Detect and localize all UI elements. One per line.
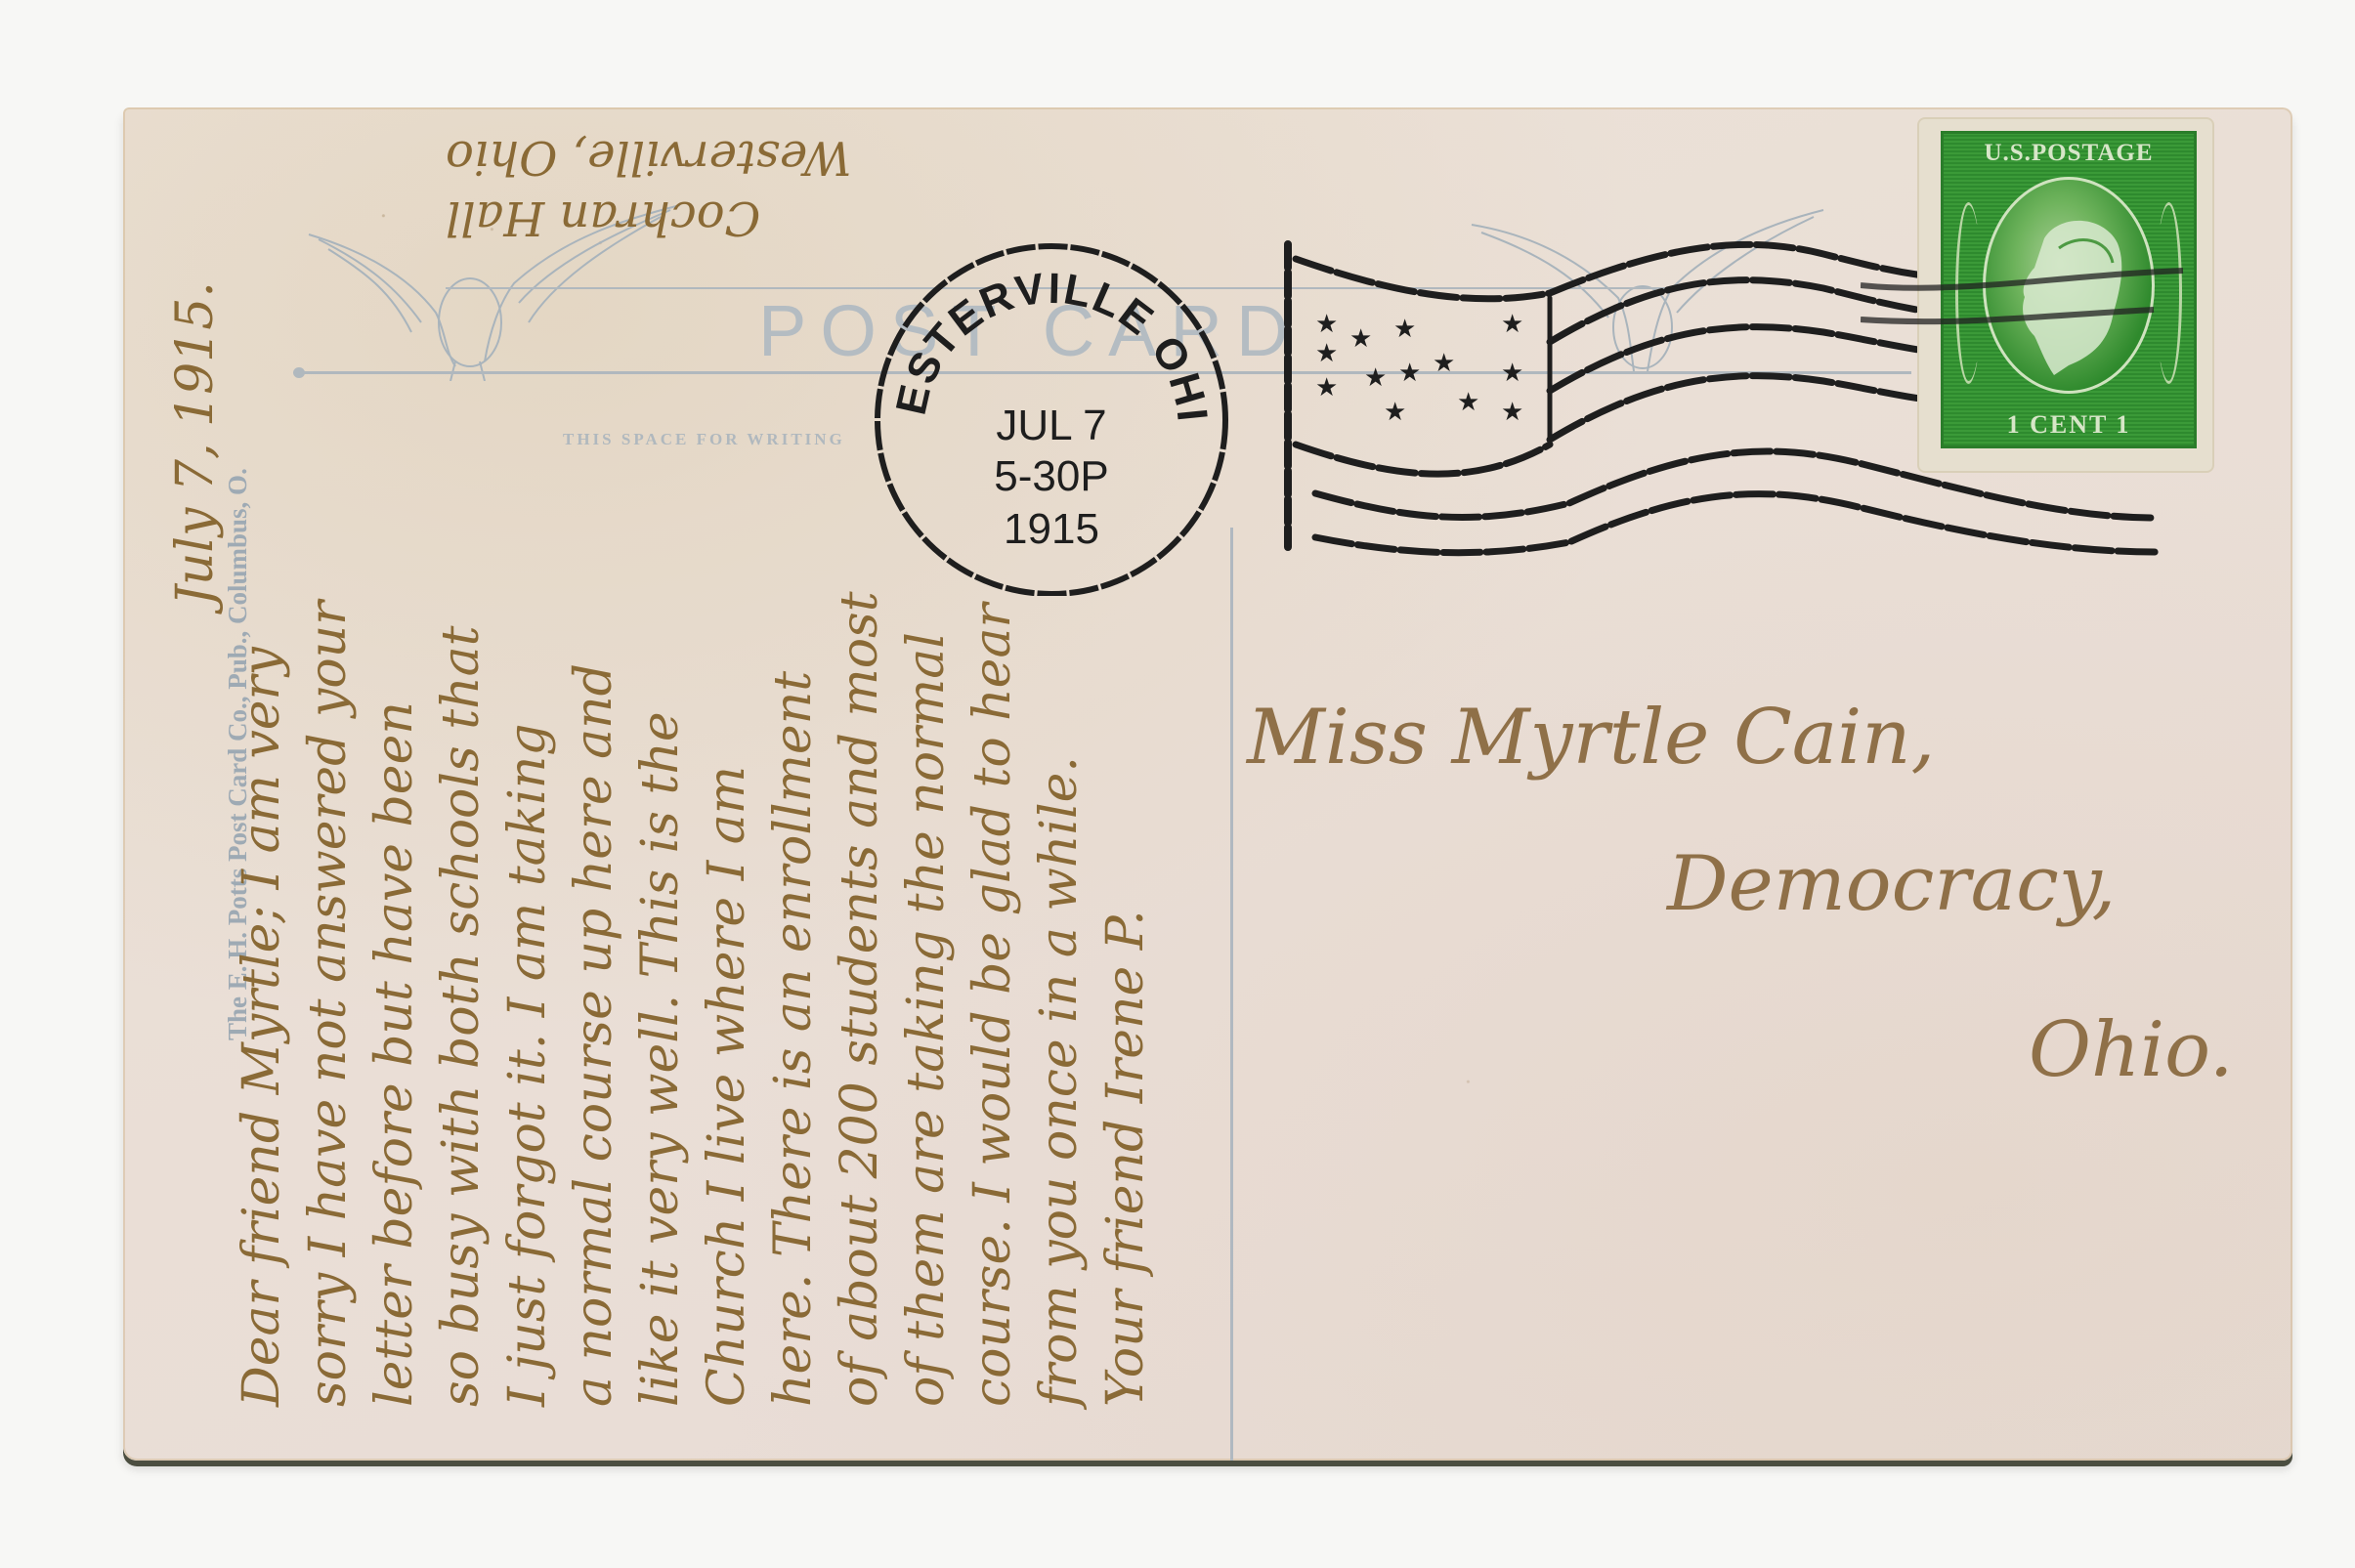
message-date: July 7, 1915. — [162, 225, 229, 1407]
postage-stamp: U.S.POSTAGE 1 CENT 1 — [1919, 119, 2212, 471]
message-line: Church I live where I am — [694, 225, 760, 1407]
message-line: a normal course up here and — [561, 225, 627, 1407]
message-line: here. There is an enrollment — [760, 225, 827, 1407]
return-address-line: Westerville, Ohio — [446, 127, 993, 188]
svg-text:★: ★ — [1315, 310, 1338, 339]
postmark-year: 1915 — [1004, 505, 1099, 553]
postmark-time: 5-30P — [994, 452, 1108, 500]
recipient-state: Ohio. — [2029, 1006, 2234, 1094]
postmark-icon: WESTERVILLE OHIO JUL 7 5-30P 1915 — [866, 225, 1237, 596]
svg-text:★: ★ — [1364, 363, 1387, 393]
svg-text:★: ★ — [1501, 359, 1523, 388]
svg-text:★: ★ — [1384, 398, 1406, 427]
message-line: like it very well. This is the — [627, 225, 694, 1407]
svg-text:★: ★ — [1398, 359, 1421, 388]
recipient-town: Democracy, — [1667, 840, 2116, 928]
svg-text:★: ★ — [1315, 373, 1338, 403]
svg-text:★: ★ — [1433, 349, 1455, 378]
recipient-name: Miss Myrtle Cain, — [1247, 694, 1935, 782]
svg-text:★: ★ — [1393, 315, 1416, 344]
message-line: letter before but have been — [362, 225, 428, 1407]
message-line: so busy with both schools that — [428, 225, 494, 1407]
cancel-bars-icon — [1861, 266, 2193, 344]
message-line: Dear friend Myrtle; I am very — [229, 225, 295, 1407]
stamp-denomination: 1 CENT 1 — [1944, 410, 2194, 440]
postmark-town: WESTERVILLE OHIO — [866, 225, 1217, 425]
postmark-date: JUL 7 — [996, 402, 1106, 449]
address-divider — [1230, 528, 1233, 1461]
postcard: POST CARD THIS SPACE FOR WRITING The E. … — [123, 107, 2292, 1461]
svg-text:★: ★ — [1457, 388, 1479, 417]
svg-text:★: ★ — [1315, 339, 1338, 368]
svg-text:★: ★ — [1501, 310, 1523, 339]
svg-text:★: ★ — [1349, 324, 1372, 354]
message-line: I just forgot it. I am taking — [494, 225, 561, 1407]
stamp-top-text: U.S.POSTAGE — [1944, 140, 2194, 167]
svg-text:WESTERVILLE OHIO: WESTERVILLE OHIO — [866, 225, 1217, 425]
svg-text:★: ★ — [1501, 398, 1523, 427]
message-line: sorry I have not answered your — [295, 225, 362, 1407]
